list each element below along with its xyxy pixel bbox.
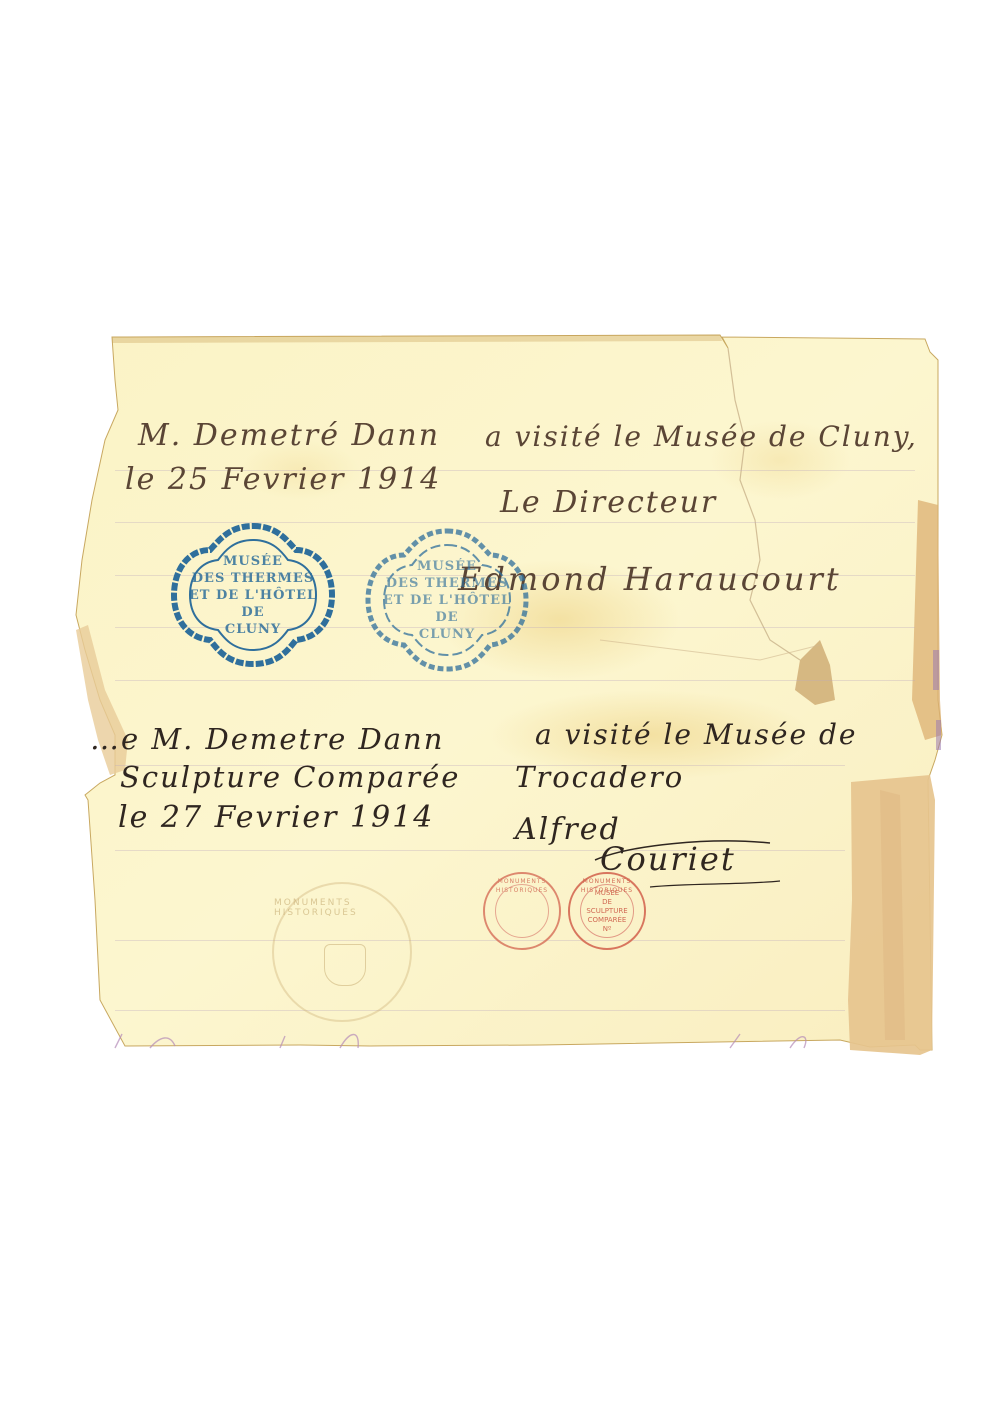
paper-sheet xyxy=(0,0,1000,1414)
stamp-text: COMPARÉE xyxy=(588,916,627,925)
document-scan: M. Demetré Dann a visité le Musée de Clu… xyxy=(0,0,1000,1414)
stamp-text: DES THERMES xyxy=(192,570,314,587)
stamp-text: MUSÉE xyxy=(417,558,477,575)
embossed-seal: MONUMENTS HISTORIQUES xyxy=(272,882,412,1022)
line-4-name: …e M. Demetre Dann xyxy=(90,722,444,756)
line-6-date: le 27 Fevrier 1914 xyxy=(118,800,434,835)
line-5-place: Trocadero xyxy=(515,760,684,794)
stamp-ring-text: MONUMENTS HISTORIQUES xyxy=(485,877,559,895)
ruled-line xyxy=(115,1010,845,1011)
stamp-text: CLUNY xyxy=(225,621,281,638)
line-1-name: M. Demetré Dann xyxy=(138,418,440,453)
stamp-monuments-right: MONUMENTS HISTORIQUES MUSÉE DE SCULPTURE… xyxy=(568,872,646,950)
director-title: Le Directeur xyxy=(500,485,717,520)
stamp-text: CLUNY xyxy=(419,626,475,643)
faint-purple-writing xyxy=(110,1028,830,1052)
lyre-emblem xyxy=(324,944,366,986)
stamp-text: DES THERMES xyxy=(386,575,508,592)
stamp-cluny-left: MUSÉE DES THERMES ET DE L'HÔTEL DE CLUNY xyxy=(168,520,338,670)
line-2-date: le 25 Fevrier 1914 xyxy=(125,462,441,497)
ruled-line xyxy=(115,940,845,941)
line-5-museum: Sculpture Comparée xyxy=(120,760,460,794)
stamp-text: DE xyxy=(241,604,264,621)
stamp-text: DE xyxy=(435,609,458,626)
stamp-monuments-left: MONUMENTS HISTORIQUES xyxy=(483,872,561,950)
stamp-text: Nº xyxy=(603,925,612,934)
seal-text: MONUMENTS HISTORIQUES xyxy=(274,898,410,918)
stamp-text: ET DE L'HÔTEL xyxy=(189,587,317,604)
line-1-visit: a visité le Musée de Cluny, xyxy=(485,420,918,453)
stamp-text: MUSÉE xyxy=(223,553,283,570)
stamp-ring-text: MONUMENTS HISTORIQUES xyxy=(570,877,644,895)
stamp-text: ET DE L'HÔTEL xyxy=(383,592,511,609)
stamp-text: DE SCULPTURE xyxy=(581,898,633,916)
stamp-cluny-right: MUSÉE DES THERMES ET DE L'HÔTEL DE CLUNY xyxy=(362,525,532,675)
ruled-line xyxy=(115,680,915,681)
line-4-visit: a visité le Musée de xyxy=(535,718,857,751)
